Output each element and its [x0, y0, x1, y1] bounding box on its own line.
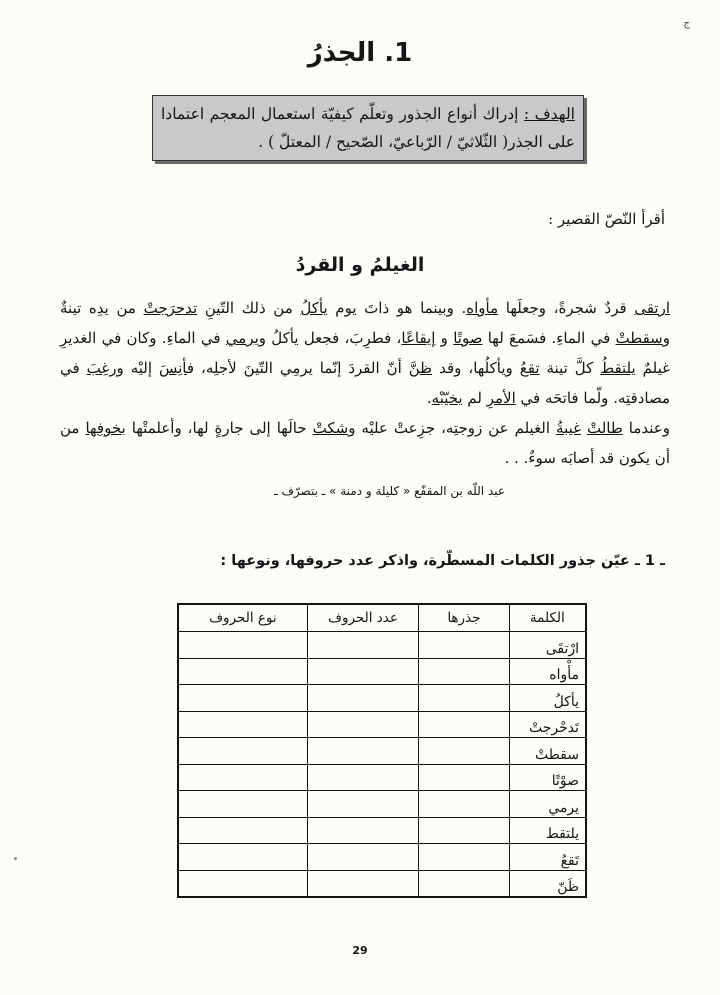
table-row: تَدحْرجتْ [178, 711, 586, 738]
word-cell: تَدحْرجتْ [509, 711, 586, 738]
text-run: . وبينما هو ذاتَ يوم [328, 299, 467, 317]
table-row: يرمي [178, 791, 586, 818]
underlined-word: أنِسَ [159, 359, 187, 377]
underlined-word: شكتْ [313, 419, 349, 437]
word-cell: ارْتقَى [509, 632, 586, 659]
letter-count-answer-cell[interactable] [307, 685, 418, 712]
letter-count-answer-cell[interactable] [307, 632, 418, 659]
letter-type-answer-cell[interactable] [178, 791, 307, 818]
letter-count-answer-cell[interactable] [307, 791, 418, 818]
letter-type-answer-cell[interactable] [178, 844, 307, 871]
underlined-word: يخيّبْه [432, 389, 463, 407]
text-run: في الماءِ. فسَمعَ لها [482, 329, 615, 347]
underlined-word: غيبةُ [556, 419, 581, 437]
text-run: أنّ القردَ إنّما يرمِي التّينَ لأجلِه، ف [187, 359, 409, 377]
letter-type-answer-cell[interactable] [178, 711, 307, 738]
word-cell: يلتقط [509, 817, 586, 844]
word-cell: سقطتْ [509, 738, 586, 765]
text-run: ، فطرِبَ، فجعل يأكلُ و [259, 329, 402, 347]
lesson-title: 1. الجذرُ [0, 38, 720, 68]
header-letter-type: نوع الحروف [178, 604, 307, 632]
root-answer-cell[interactable] [419, 791, 510, 818]
roots-table: الكلمة جذرها عدد الحروف نوع الحروف ارْتق… [177, 603, 587, 898]
text-run: ويأكلُها، وقد [432, 359, 520, 377]
objective-box: الهدف : إدراك أنواع الجذور وتعلّم كيفيّة… [152, 95, 584, 161]
word-cell: مأْواه [509, 658, 586, 685]
textbook-page: ج 1. الجذرُ الهدف : إدراك أنواع الجذور و… [0, 0, 720, 995]
letter-count-answer-cell[interactable] [307, 738, 418, 765]
text-run: حالَها إلى جارةٍ لها، وأعلمتْها ب [122, 419, 313, 437]
table-header-row: الكلمة جذرها عدد الحروف نوع الحروف [178, 604, 586, 632]
root-answer-cell[interactable] [419, 658, 510, 685]
objective-text: إدراك أنواع الجذور وتعلّم كيفيّة استعمال… [161, 105, 575, 151]
letter-count-answer-cell[interactable] [307, 844, 418, 871]
letter-count-answer-cell[interactable] [307, 817, 418, 844]
underlined-word: يرمي [226, 329, 259, 347]
root-answer-cell[interactable] [419, 632, 510, 659]
table-row: ارْتقَى [178, 632, 586, 659]
text-run: كلَّ تينة [540, 359, 601, 377]
underlined-word: مأواه [466, 299, 498, 317]
table-row: صوْتًا [178, 764, 586, 791]
text-run: من ذلك التّينِ [197, 299, 300, 317]
letter-type-answer-cell[interactable] [178, 738, 307, 765]
underlined-word: رغِبَ [87, 359, 117, 377]
underlined-word: سقطتْ [616, 329, 663, 347]
underlined-word: طالتْ [587, 419, 623, 437]
objective-label: الهدف : [524, 105, 575, 123]
root-answer-cell[interactable] [419, 738, 510, 765]
text-run: إليْه و [116, 359, 159, 377]
underlined-word: صوتًا [453, 329, 482, 347]
table-row: سقطتْ [178, 738, 586, 765]
word-cell: يأكلُ [509, 685, 586, 712]
underlined-word: خوفِها [85, 419, 121, 437]
reading-instruction: أقرأ النّصّ القصير : [548, 210, 665, 228]
underlined-word: الأمرِ [487, 389, 516, 407]
letter-count-answer-cell[interactable] [307, 870, 418, 897]
text-run: الغيلم عن زوجتِه، جزِعتْ عليْه و [348, 419, 556, 437]
letter-count-answer-cell[interactable] [307, 711, 418, 738]
underlined-word: إيقاعًا [401, 329, 435, 347]
word-cell: يرمي [509, 791, 586, 818]
table-row: ظَنّ [178, 870, 586, 897]
letter-type-answer-cell[interactable] [178, 870, 307, 897]
table-row: يلتقط [178, 817, 586, 844]
story-text: ارتقى قردٌ شجرةً، وجعلَها مأواه. وبينما … [60, 293, 670, 473]
story-paragraph-2: وعندما طالتْ غيبةُ الغيلم عن زوجتِه، جزِ… [60, 413, 670, 473]
letter-type-answer-cell[interactable] [178, 764, 307, 791]
text-run: و [435, 329, 453, 347]
page-number: 29 [0, 944, 720, 957]
story-paragraph-1: ارتقى قردٌ شجرةً، وجعلَها مأواه. وبينما … [60, 293, 670, 413]
word-cell: ظَنّ [509, 870, 586, 897]
letter-type-answer-cell[interactable] [178, 817, 307, 844]
margin-speck [14, 857, 17, 860]
word-cell: صوْتًا [509, 764, 586, 791]
corner-handwritten-mark: ج [684, 18, 690, 29]
header-root: جذرها [419, 604, 510, 632]
root-answer-cell[interactable] [419, 711, 510, 738]
table-row: مأْواه [178, 658, 586, 685]
header-letter-count: عدد الحروف [307, 604, 418, 632]
underlined-word: يأكلُ [300, 299, 327, 317]
letter-type-answer-cell[interactable] [178, 658, 307, 685]
word-cell: تَقعُ [509, 844, 586, 871]
letter-type-answer-cell[interactable] [178, 685, 307, 712]
underlined-word: يلتقطُ [600, 359, 636, 377]
underlined-word: ظنَّ [409, 359, 432, 377]
text-run: قردٌ شجرةً، وجعلَها [498, 299, 634, 317]
root-answer-cell[interactable] [419, 817, 510, 844]
letter-count-answer-cell[interactable] [307, 764, 418, 791]
root-answer-cell[interactable] [419, 764, 510, 791]
root-answer-cell[interactable] [419, 870, 510, 897]
underlined-word: ارتقى [634, 299, 670, 317]
table-row: تَقعُ [178, 844, 586, 871]
underlined-word: تقعُ [520, 359, 540, 377]
story-title: الغيلمُ و القردُ [0, 254, 720, 276]
root-answer-cell[interactable] [419, 844, 510, 871]
header-word: الكلمة [509, 604, 586, 632]
source-attribution: عبد اللّه بن المقفّع « كليلة و دمنة » ـ … [274, 484, 505, 498]
letter-type-answer-cell[interactable] [178, 632, 307, 659]
letter-count-answer-cell[interactable] [307, 658, 418, 685]
underlined-word: تدحرَجتْ [144, 299, 198, 317]
exercise-instruction: ـ 1 ـ عيّن جذور الكلمات المسطّرة، واذكر … [220, 553, 665, 569]
text-run: وعندما [623, 419, 670, 437]
table-row: يأكلُ [178, 685, 586, 712]
text-run: لم [463, 389, 487, 407]
root-answer-cell[interactable] [419, 685, 510, 712]
roots-table-wrapper: الكلمة جذرها عدد الحروف نوع الحروف ارْتق… [177, 603, 587, 898]
